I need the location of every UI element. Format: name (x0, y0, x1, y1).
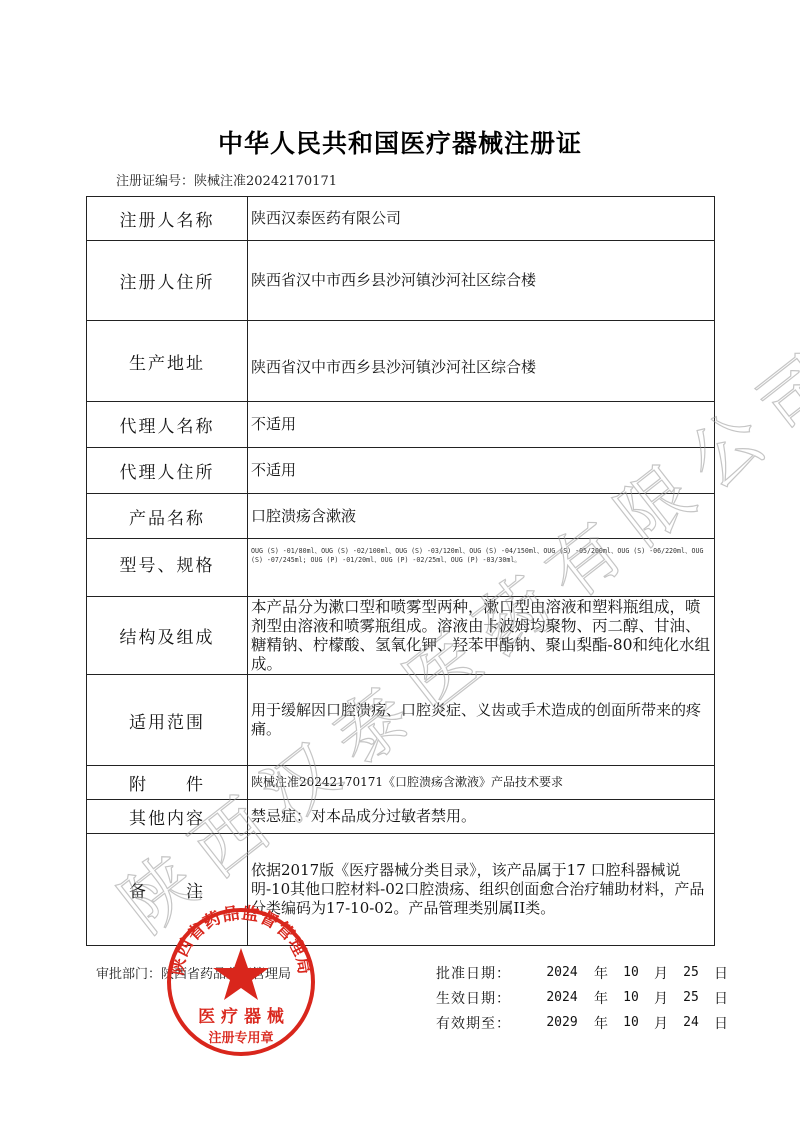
value-product-name: 口腔溃疡含漱液 (248, 494, 715, 539)
row-other: 其他内容 禁忌症：对本品成分过敏者禁用。 (87, 800, 715, 834)
value-scope: 用于缓解因口腔溃疡、口腔炎症、义齿或手术造成的创面所带来的疼痛。 (248, 675, 715, 766)
certificate-table: 注册人名称 陕西汉泰医药有限公司 注册人住所 陕西省汉中市西乡县沙河镇沙河社区综… (86, 196, 715, 946)
expiry-date-label: 有效期至： (436, 1013, 536, 1033)
value-attachment: 陕械注准20242170171《口腔溃疡含漱液》产品技术要求 (248, 766, 715, 800)
value-remarks: 依据2017版《医疗器械分类目录》，该产品属于17 口腔科器械说明-10其他口腔… (248, 834, 715, 946)
approval-date-row: 批准日期： 2024 年 10 月 25 日 (436, 960, 734, 985)
row-registrant-address: 注册人住所 陕西省汉中市西乡县沙河镇沙河社区综合楼 (87, 241, 715, 321)
expiry-year: 2029 (536, 1015, 588, 1030)
row-production-address: 生产地址 陕西省汉中市西乡县沙河镇沙河社区综合楼 (87, 321, 715, 402)
certificate-title: 中华人民共和国医疗器械注册证 (0, 124, 800, 160)
row-registrant-name: 注册人名称 陕西汉泰医药有限公司 (87, 197, 715, 241)
month-unit: 月 (648, 988, 674, 1008)
row-scope: 适用范围 用于缓解因口腔溃疡、口腔炎症、义齿或手术造成的创面所带来的疼痛。 (87, 675, 715, 766)
day-unit: 日 (708, 963, 734, 983)
label-scope: 适用范围 (87, 675, 248, 766)
label-agent-name: 代理人名称 (87, 402, 248, 448)
approval-department: 审批部门：陕西省药品监督管理局 (96, 963, 291, 982)
seal-line2: 注册专用章 (208, 1030, 273, 1046)
effective-date-row: 生效日期： 2024 年 10 月 25 日 (436, 985, 734, 1010)
label-product-name: 产品名称 (87, 494, 248, 539)
row-agent-address: 代理人住所 不适用 (87, 448, 715, 494)
row-model-spec: 型号、规格 OUG (S) -01/80ml、OUG (S) -02/100ml… (87, 539, 715, 597)
row-remarks: 备 注 依据2017版《医疗器械分类目录》，该产品属于17 口腔科器械说明-10… (87, 834, 715, 946)
value-production-address: 陕西省汉中市西乡县沙河镇沙河社区综合楼 (248, 321, 715, 402)
registration-number: 注册证编号：陕械注准20242170171 (116, 170, 337, 189)
day-unit: 日 (708, 988, 734, 1008)
expiry-day: 24 (674, 1015, 708, 1030)
label-registrant-address: 注册人住所 (87, 241, 248, 321)
year-unit: 年 (588, 963, 614, 983)
month-unit: 月 (648, 1013, 674, 1033)
effective-date-label: 生效日期： (436, 988, 536, 1008)
label-model-spec: 型号、规格 (87, 539, 248, 597)
date-block: 批准日期： 2024 年 10 月 25 日 生效日期： 2024 年 10 月… (436, 960, 734, 1035)
approval-date-label: 批准日期： (436, 963, 536, 983)
value-model-spec: OUG (S) -01/80ml、OUG (S) -02/100ml、OUG (… (248, 539, 715, 597)
label-attachment: 附 件 (87, 766, 248, 800)
row-structure: 结构及组成 本产品分为漱口型和喷雾型两种，漱口型由溶液和塑料瓶组成，喷剂型由溶液… (87, 597, 715, 675)
value-agent-address: 不适用 (248, 448, 715, 494)
label-structure: 结构及组成 (87, 597, 248, 675)
label-agent-address: 代理人住所 (87, 448, 248, 494)
label-production-address: 生产地址 (87, 321, 248, 402)
approval-day: 25 (674, 965, 708, 980)
label-remarks: 备 注 (87, 834, 248, 946)
row-product-name: 产品名称 口腔溃疡含漱液 (87, 494, 715, 539)
value-other: 禁忌症：对本品成分过敏者禁用。 (248, 800, 715, 834)
year-unit: 年 (588, 1013, 614, 1033)
value-agent-name: 不适用 (248, 402, 715, 448)
day-unit: 日 (708, 1013, 734, 1033)
expiry-date-row: 有效期至： 2029 年 10 月 24 日 (436, 1010, 734, 1035)
effective-day: 25 (674, 990, 708, 1005)
value-registrant-address: 陕西省汉中市西乡县沙河镇沙河社区综合楼 (248, 241, 715, 321)
seal-line1: 医 疗 器 械 (198, 1006, 285, 1027)
value-structure: 本产品分为漱口型和喷雾型两种，漱口型由溶液和塑料瓶组成，喷剂型由溶液和喷雾瓶组成… (248, 597, 715, 675)
row-agent-name: 代理人名称 不适用 (87, 402, 715, 448)
approval-year: 2024 (536, 965, 588, 980)
approval-month: 10 (614, 965, 648, 980)
year-unit: 年 (588, 988, 614, 1008)
month-unit: 月 (648, 963, 674, 983)
effective-year: 2024 (536, 990, 588, 1005)
value-registrant-name: 陕西汉泰医药有限公司 (248, 197, 715, 241)
label-registrant-name: 注册人名称 (87, 197, 248, 241)
label-other: 其他内容 (87, 800, 248, 834)
effective-month: 10 (614, 990, 648, 1005)
expiry-month: 10 (614, 1015, 648, 1030)
row-attachment: 附 件 陕械注准20242170171《口腔溃疡含漱液》产品技术要求 (87, 766, 715, 800)
